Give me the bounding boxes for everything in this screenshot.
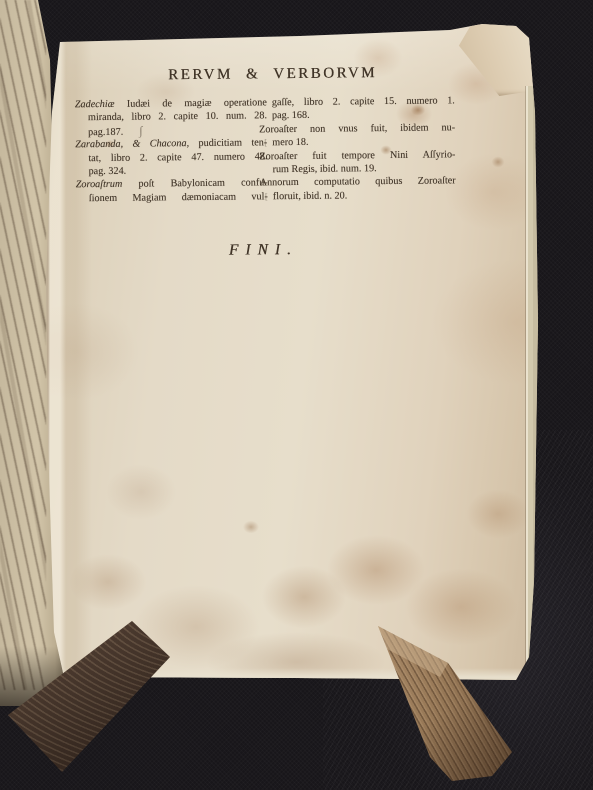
index-line: Annorum computatio quibus Zoroaſter [260,175,456,190]
index-line: miranda, libro 2. capite 10. num. 28. [75,110,267,125]
entry-text: gaſſe, libro 2. capite 15. numero 1. [272,95,455,108]
ink-mark: [ [265,191,273,201]
facing-page-text [0,0,46,690]
finis-text: FINI. [48,239,478,262]
entry-text: Zoroaſter non vnus fuit, ibidem nu- [259,122,455,135]
index-line: Zoroaſter non vnus fuit, ibidem nu- [259,121,455,136]
index-line: [floruit, ibid. n. 20. [260,188,456,203]
entry-text: floruit, ibid. n. 20. [273,190,348,202]
entry-text: pudicitiam ten- [189,137,267,149]
entry-lead: Zarabanda, & Chacona, [75,138,189,150]
entry-text: Zoroaſter fuit tempore Nini Aſſyrio- [259,149,455,162]
entry-text: Annorum computatio quibus Zoroaſter [260,176,456,189]
index-line: tat, libro 2. capite 47. numero 48. [75,150,267,165]
entry-text: ſionem Magiam dæmoniacam vul- [89,191,268,204]
index-column-left: Zadechiæ Iudæi de magiæ operatione miran… [75,96,268,205]
entry-text: rum Regis, ibid. num. 19. [272,163,376,175]
entry-text: pag.187. [88,127,123,138]
ink-mark: [ [264,137,272,147]
index-line: gaſſe, libro 2. capite 15. numero 1. [259,94,455,109]
entry-text: pag. 324. [88,166,126,177]
entry-text: tat, libro 2. capite 47. numero 48. [88,151,267,164]
index-line: Zoroaſter fuit tempore Nini Aſſyrio- [259,148,455,163]
book-photo: RERVM & VERBORVM Zadechiæ Iudæi de magiæ… [0,0,593,790]
entry-text: pag. 168. [272,110,310,121]
entry-text: miranda, libro 2. capite 10. num. 28. [88,111,267,124]
ink-mark: ∫ [123,123,142,137]
entry-text: poſt Babylonicam confu- [122,178,267,191]
entry-lead: Zoroaſtrum [76,179,123,190]
entry-text: mero 18. [272,137,308,148]
entry-text: Iudæi de magiæ operatione [114,97,266,110]
entry-lead: Zadechiæ [75,99,115,110]
index-column-right: gaſſe, libro 2. capite 15. numero 1. pag… [259,94,456,203]
index-line: ſionem Magiam dæmoniacam vul- [76,190,268,205]
running-header: RERVM & VERBORVM [46,64,498,86]
book-page: RERVM & VERBORVM Zadechiæ Iudæi de magiæ… [46,22,540,694]
index-line: Zarabanda, & Chacona, pudicitiam ten- [75,136,267,151]
page-content: RERVM & VERBORVM Zadechiæ Iudæi de magiæ… [46,19,547,696]
